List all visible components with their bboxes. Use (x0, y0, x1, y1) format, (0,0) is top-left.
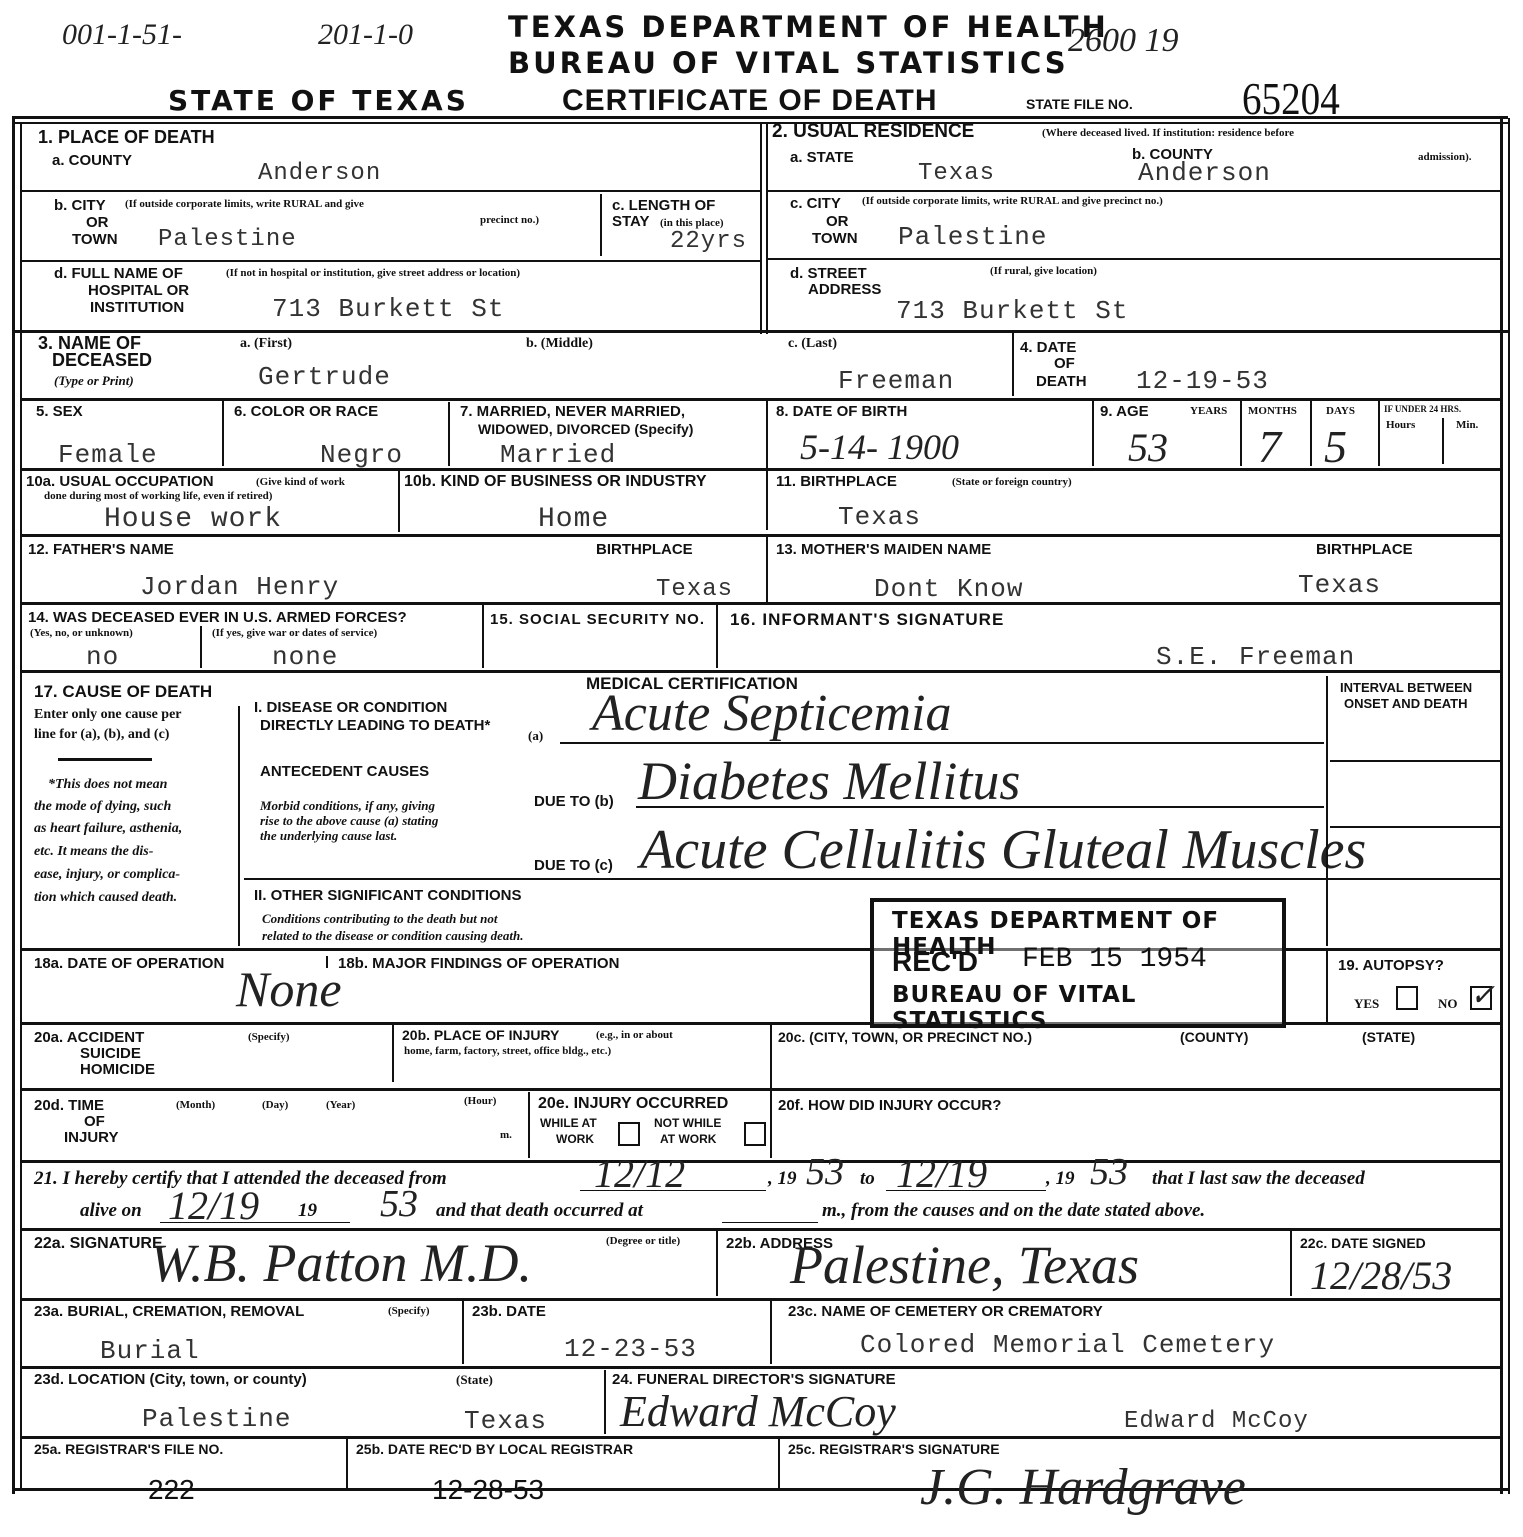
homicide-label: HOMICIDE (80, 1062, 155, 1077)
res-county-value: Anderson (1138, 158, 1271, 188)
sex-label: 5. SEX (36, 404, 83, 419)
armed-forces-note: (Yes, no, or unknown) (30, 628, 133, 639)
burial-date-label: 23b. DATE (472, 1304, 546, 1319)
year-label: (Year) (326, 1100, 355, 1111)
note-3: as heart failure, asthenia, (34, 820, 182, 837)
birthplace-note: (State or foreign country) (952, 477, 1072, 488)
res-city-note: (If outside corporate limits, write RURA… (862, 196, 1163, 207)
cause-a-value: Acute Septicemia (592, 684, 952, 743)
hospital-label: d. FULL NAME OF (54, 266, 183, 281)
date-of-death-value: 12-19-53 (1136, 366, 1269, 396)
death-occurred-text: and that death occurred at (436, 1202, 643, 1219)
city-note: (If outside corporate limits, write RURA… (125, 199, 364, 210)
middle-name-label: b. (Middle) (526, 338, 593, 349)
armed-forces-value: no (86, 642, 119, 672)
race-value: Negro (320, 440, 403, 470)
op-findings-value: None (236, 960, 342, 1018)
res-street-label-2: ADDRESS (808, 282, 881, 297)
note-2: the mode of dying, such (34, 798, 171, 815)
disease-label-1: I. DISEASE OR CONDITION (254, 700, 447, 715)
dob-label: 8. DATE OF BIRTH (776, 404, 907, 419)
res-city-label: c. CITY (790, 196, 841, 211)
father-label: 12. FATHER'S NAME (28, 542, 174, 557)
injury-city-label: 20c. (CITY, TOWN, OR PRECINCT NO.) (778, 1030, 1032, 1045)
autopsy-no-label: NO (1438, 998, 1458, 1009)
work-label: WORK (556, 1134, 594, 1145)
month-label: (Month) (176, 1100, 215, 1111)
at-work-label: AT WORK (660, 1134, 716, 1145)
injury-county-label: (COUNTY) (1180, 1030, 1248, 1045)
note-4: etc. It means the dis- (34, 843, 153, 860)
cause-instr-2: line for (a), (b), and (c) (34, 726, 169, 743)
morbid-3: the underlying cause last. (260, 828, 397, 843)
deceased-name-label: 3. NAME OF (38, 336, 141, 351)
months-label: MONTHS (1248, 406, 1297, 417)
handwritten-number: 2600 19 (1068, 22, 1179, 60)
note-6: tion which caused death. (34, 889, 177, 906)
signature-label: 22a. SIGNATURE (34, 1236, 163, 1251)
city-town-label: TOWN (72, 232, 118, 247)
date-of-birth-value: 5-14- 1900 (800, 426, 959, 468)
res-street-note: (If rural, give location) (990, 266, 1097, 277)
occupation-note: (Give kind of work (256, 477, 345, 488)
note-1: *This does not mean (48, 776, 167, 793)
hospital-label-3: INSTITUTION (90, 300, 184, 315)
burial-type-note: (Specify) (388, 1306, 430, 1317)
interval-label-1: INTERVAL BETWEEN (1340, 680, 1472, 695)
location-state-label: (State) (456, 1374, 493, 1385)
time-of-injury-label-3: INJURY (64, 1130, 118, 1145)
father-birthplace-label: BIRTHPLACE (596, 542, 693, 557)
other-note-2: related to the disease or condition caus… (262, 928, 523, 943)
location-state-value: Texas (464, 1406, 547, 1436)
informant-value: S.E. Freeman (1156, 642, 1355, 672)
death-county-value: Anderson (258, 160, 381, 187)
due-to-c-label: DUE TO (c) (534, 858, 613, 873)
op-date-label: 18a. DATE OF OPERATION (34, 956, 224, 971)
morbid-1: Morbid conditions, if any, giving (260, 798, 435, 813)
mother-birthplace-label: BIRTHPLACE (1316, 542, 1413, 557)
county-label: a. COUNTY (52, 153, 132, 168)
city-note-2: precinct no.) (480, 215, 539, 226)
usual-residence-label: 2. USUAL RESIDENCE (772, 124, 974, 139)
res-state-label: a. STATE (790, 150, 854, 165)
day-label: (Day) (262, 1100, 288, 1111)
attended-from-year: 53 (806, 1150, 844, 1194)
hours-label: Hours (1386, 420, 1415, 431)
registrar-sig-label: 25c. REGISTRAR'S SIGNATURE (788, 1442, 1000, 1457)
first-name-label: a. (First) (240, 338, 292, 349)
accident-label: 20a. ACCIDENT (34, 1030, 144, 1045)
stay-label: c. LENGTH OF (612, 198, 715, 213)
degree-label: (Degree or title) (606, 1236, 680, 1247)
occupation-value: House work (104, 504, 282, 535)
injury-occurred-label: 20e. INJURY OCCURRED (538, 1096, 728, 1111)
autopsy-no-checkbox[interactable]: ✓ (1470, 986, 1492, 1010)
note-5: ease, injury, or complica- (34, 866, 180, 883)
handwritten-index-2: 201-1-0 (318, 18, 413, 52)
cause-instr-1: Enter only one cause per (34, 706, 182, 723)
occupation-note-2: done during most of working life, even i… (44, 491, 272, 502)
registrar-signature: J.G. Hardgrave (920, 1458, 1246, 1517)
marital-value: Married (500, 440, 616, 470)
from-year-prefix: , 19 (768, 1170, 797, 1187)
marital-label-2: WIDOWED, DIVORCED (Specify) (478, 422, 693, 437)
death-city-value: Palestine (158, 226, 297, 253)
check-mark-icon: ✓ (1470, 978, 1495, 1013)
registrar-date-label: 25b. DATE REC'D BY LOCAL REGISTRAR (356, 1442, 633, 1457)
hour-label: (Hour) (464, 1096, 496, 1107)
stamp-line-3: BUREAU OF VITAL STATISTICS (892, 982, 1282, 1034)
injury-state-label: (STATE) (1362, 1030, 1415, 1045)
date-signed-value: 12/28/53 (1310, 1252, 1452, 1299)
place-of-death-label: 1. PLACE OF DEATH (38, 130, 215, 145)
director-typed-name: Edward McCoy (1124, 1408, 1309, 1435)
stamp-recd: REC'D (892, 946, 978, 978)
res-city-value: Palestine (898, 222, 1047, 252)
hospital-label-2: HOSPITAL OR (88, 283, 189, 298)
place-of-injury-label: 20b. PLACE OF INJURY (402, 1028, 559, 1043)
attended-to-date: 12/19 (896, 1150, 987, 1197)
ssn-label: 15. SOCIAL SECURITY NO. (490, 612, 705, 627)
cause-b-value: Diabetes Mellitus (638, 750, 1020, 812)
cause-label: 17. CAUSE OF DEATH (34, 684, 212, 699)
business-value: Home (538, 504, 609, 535)
residence-note-2: admission). (1418, 152, 1472, 163)
age-days-value: 5 (1324, 420, 1347, 473)
received-stamp: TEXAS DEPARTMENT OF HEALTH REC'D FEB 15 … (870, 898, 1286, 1028)
last-name-label: c. (Last) (788, 338, 837, 349)
dod-label: 4. DATE (1020, 340, 1076, 355)
not-while-label: NOT WHILE (654, 1118, 721, 1129)
dept-title-line1: TEXAS DEPARTMENT OF HEALTH (508, 10, 1109, 44)
due-to-b-label: DUE TO (b) (534, 794, 614, 809)
age-label: 9. AGE (1100, 404, 1149, 419)
years-label: YEARS (1190, 406, 1227, 417)
registrar-file-label: 25a. REGISTRAR'S FILE NO. (34, 1442, 223, 1457)
father-birthplace-value: Texas (656, 576, 733, 603)
armed-forces-label: 14. WAS DECEASED EVER IN U.S. ARMED FORC… (28, 610, 407, 625)
alive-on-label: alive on (80, 1202, 142, 1219)
last-seen-date: 12/19 (168, 1182, 259, 1229)
deceased-name-label-3: (Type or Print) (54, 372, 134, 389)
place-of-injury-note-2: home, farm, factory, street, office bldg… (404, 1046, 611, 1057)
war-note: (If yes, give war or dates of service) (212, 628, 377, 639)
physician-address: Palestine, Texas (790, 1234, 1139, 1296)
res-state-value: Texas (918, 160, 995, 187)
disease-label-2: DIRECTLY LEADING TO DEATH* (260, 718, 490, 733)
res-street-value: 713 Burkett St (896, 296, 1128, 326)
physician-signature: W.B. Patton M.D. (150, 1232, 532, 1294)
registrar-date-value: 12-28-53 (432, 1474, 544, 1506)
res-street-label: d. STREET (790, 266, 867, 281)
cause-a-marker: (a) (528, 730, 543, 741)
mother-value: Dont Know (874, 574, 1023, 604)
time-of-injury-label: 20d. TIME (34, 1098, 104, 1113)
to-label: to (860, 1170, 875, 1187)
op-findings-label: 18b. MAJOR FINDINGS OF OPERATION (338, 956, 619, 971)
last-seen-year-prefix: 19 (298, 1202, 317, 1219)
registrar-file-value: 222 (148, 1474, 195, 1506)
certificate-title: CERTIFICATE OF DEATH (562, 84, 938, 118)
age-months-value: 7 (1258, 420, 1281, 473)
residence-note: (Where deceased lived. If institution: r… (1042, 128, 1294, 139)
first-name-value: Gertrude (258, 362, 391, 392)
autopsy-yes-checkbox[interactable] (1396, 986, 1418, 1010)
attended-to-year: 53 (1090, 1150, 1128, 1194)
while-at-label: WHILE AT (540, 1118, 597, 1129)
last-seen-year: 53 (380, 1182, 418, 1226)
deceased-name-label-2: DECEASED (52, 353, 152, 368)
other-conditions-label: II. OTHER SIGNIFICANT CONDITIONS (254, 888, 522, 903)
hospital-note: (If not in hospital or institution, give… (226, 268, 520, 279)
not-at-work-checkbox[interactable] (744, 1122, 766, 1146)
marital-label: 7. MARRIED, NEVER MARRIED, (460, 404, 685, 419)
attended-from-date: 12/12 (594, 1150, 685, 1197)
autopsy-label: 19. AUTOPSY? (1338, 958, 1444, 973)
state-file-label: STATE FILE NO. (1026, 96, 1133, 112)
cemetery-value: Colored Memorial Cemetery (860, 1330, 1275, 1360)
state-title: STATE OF TEXAS (168, 84, 469, 117)
birthplace-value: Texas (838, 502, 921, 532)
time-of-injury-label-2: OF (84, 1114, 105, 1129)
stamp-date: FEB 15 1954 (1022, 944, 1207, 975)
burial-type-label: 23a. BURIAL, CREMATION, REMOVAL (34, 1304, 304, 1319)
mother-birthplace-value: Texas (1298, 570, 1381, 600)
race-label: 6. COLOR OR RACE (234, 404, 378, 419)
mother-label: 13. MOTHER'S MAIDEN NAME (776, 542, 991, 557)
occupation-label: 10a. USUAL OCCUPATION (26, 474, 214, 489)
morbid-2: rise to the above cause (a) stating (260, 813, 438, 828)
last-name-value: Freeman (838, 366, 954, 396)
city-or-label: OR (86, 215, 109, 230)
burial-date-value: 12-23-53 (564, 1334, 697, 1364)
director-label: 24. FUNERAL DIRECTOR'S SIGNATURE (612, 1372, 896, 1387)
res-city-town: TOWN (812, 231, 858, 246)
while-at-work-checkbox[interactable] (618, 1122, 640, 1146)
res-city-or: OR (826, 214, 849, 229)
hospital-value: 713 Burkett St (272, 294, 504, 324)
burial-type-value: Burial (100, 1336, 200, 1366)
sex-value: Female (58, 440, 158, 470)
director-signature: Edward McCoy (620, 1386, 896, 1437)
under-24-label: IF UNDER 24 HRS. (1384, 404, 1461, 415)
accident-specify: (Specify) (248, 1032, 290, 1043)
interval-label-2: ONSET AND DEATH (1344, 696, 1468, 711)
antecedent-label: ANTECEDENT CAUSES (260, 764, 429, 779)
last-saw-text: that I last saw the deceased (1152, 1170, 1365, 1187)
location-value: Palestine (142, 1404, 291, 1434)
causes-text: m., from the causes and on the date stat… (822, 1202, 1205, 1219)
informant-label: 16. INFORMANT'S SIGNATURE (730, 612, 1004, 627)
birthplace-label: 11. BIRTHPLACE (776, 474, 897, 489)
business-label: 10b. KIND OF BUSINESS OR INDUSTRY (404, 474, 707, 489)
war-value: none (272, 642, 338, 672)
city-label: b. CITY (54, 198, 106, 213)
dept-title-line2: BUREAU OF VITAL STATISTICS (508, 46, 1069, 80)
min-label: Min. (1456, 420, 1478, 431)
how-injury-label: 20f. HOW DID INJURY OCCUR? (778, 1098, 1001, 1113)
to-year-prefix: , 19 (1046, 1170, 1075, 1187)
handwritten-index-1: 001-1-51- (62, 18, 182, 52)
cemetery-label: 23c. NAME OF CEMETERY OR CREMATORY (788, 1304, 1103, 1319)
date-signed-label: 22c. DATE SIGNED (1300, 1236, 1426, 1251)
days-label: DAYS (1326, 406, 1355, 417)
stay-label-2: STAY (612, 214, 650, 229)
dod-label-3: DEATH (1036, 374, 1087, 389)
location-label: 23d. LOCATION (City, town, or county) (34, 1372, 307, 1387)
autopsy-yes-label: YES (1354, 998, 1379, 1009)
m-label: m. (500, 1130, 512, 1141)
other-note-1: Conditions contributing to the death but… (262, 911, 498, 926)
cause-c-value: Acute Cellulitis Gluteal Muscles (640, 818, 1366, 882)
place-of-injury-note: (e.g., in or about (596, 1030, 673, 1041)
father-value: Jordan Henry (140, 572, 339, 602)
stay-value: 22yrs (670, 228, 747, 255)
dod-label-2: OF (1054, 356, 1075, 371)
suicide-label: SUICIDE (80, 1046, 141, 1061)
age-years-value: 53 (1128, 424, 1168, 471)
